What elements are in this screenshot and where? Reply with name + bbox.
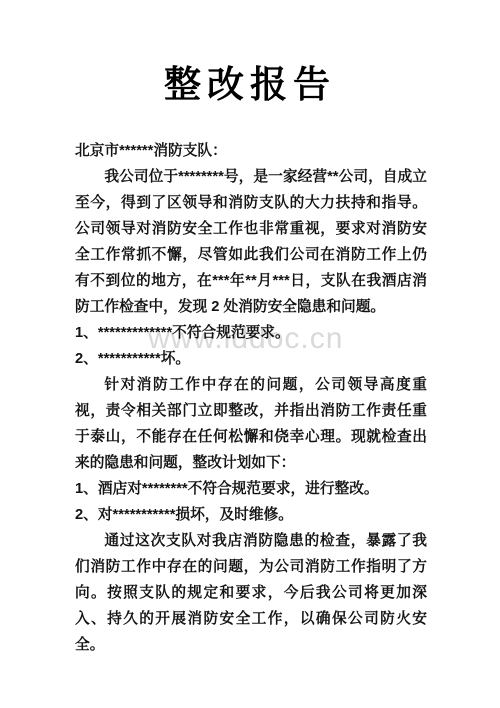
plan-item-2: 2、对***********损坏，及时维修。: [75, 502, 427, 528]
paragraph-closing: 通过这次支队对我店消防隐患的检查，暴露了我们消防工作中存在的问题，为公司消防工作…: [75, 528, 427, 658]
paragraph-intro: 我公司位于********号，是一家经营**公司，自成立至今，得到了区领导和消防…: [75, 164, 427, 320]
page-title: 整改报告: [0, 0, 500, 108]
issue-item-2: 2、***********坏。: [75, 346, 427, 372]
salutation-line: 北京市******消防支队：: [75, 138, 427, 164]
document-body: 北京市******消防支队： 我公司位于********号，是一家经营**公司，…: [75, 138, 427, 658]
paragraph-response: 针对消防工作中存在的问题，公司领导高度重视，责令相关部门立即整改，并指出消防工作…: [75, 372, 427, 476]
plan-item-1: 1、酒店对********不符合规范要求，进行整改。: [75, 476, 427, 502]
issue-item-1: 1、*************不符合规范要求。: [75, 320, 427, 346]
document-page: www.lddoc.cn 整改报告 北京市******消防支队： 我公司位于**…: [0, 0, 500, 708]
